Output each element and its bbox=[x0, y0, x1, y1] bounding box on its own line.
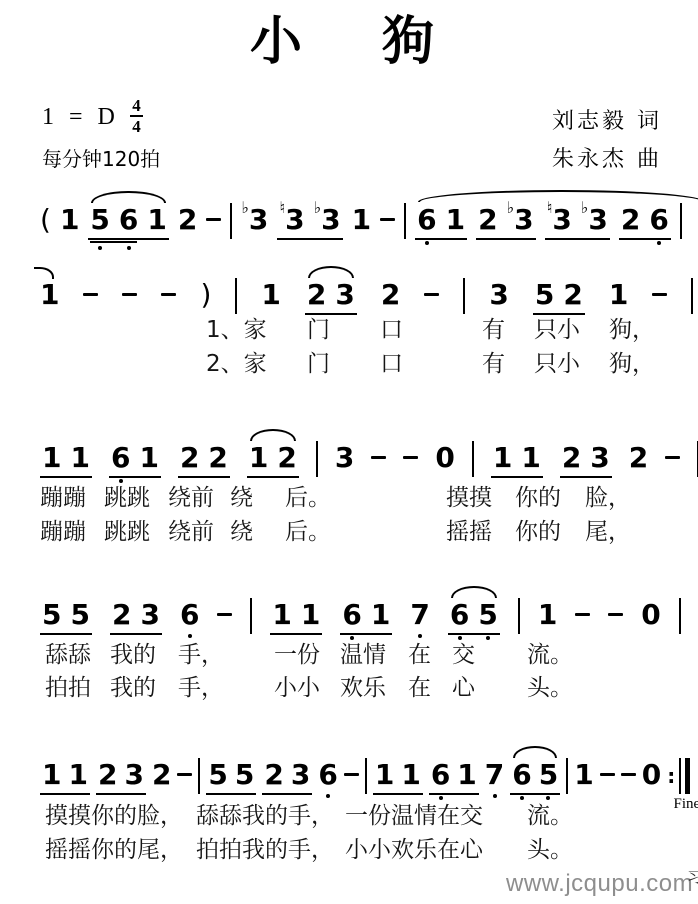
low-octave-dot bbox=[98, 246, 102, 250]
note-digit: 3 bbox=[140, 600, 159, 630]
beamed-note-group: 55 bbox=[40, 600, 92, 635]
note: 1 bbox=[457, 760, 476, 790]
lyrics-segment: 舔舔我的手， bbox=[196, 804, 334, 829]
barline bbox=[518, 598, 520, 634]
note-digit: 6 bbox=[417, 205, 436, 235]
lyrics-segment: 我的 bbox=[110, 643, 156, 668]
note: 6 bbox=[417, 205, 436, 235]
music-line: 1)12323521 bbox=[40, 280, 693, 315]
barline bbox=[472, 441, 474, 477]
note-digit: 2 bbox=[98, 760, 117, 790]
note: 6 bbox=[450, 600, 469, 630]
beamed-note-group: 61 bbox=[415, 205, 467, 240]
beamed-note-group: 23 bbox=[560, 443, 612, 478]
lyrics-segment: 心 bbox=[452, 676, 475, 701]
beamed-note-group: 61 bbox=[109, 443, 161, 478]
fine-label: Fine bbox=[674, 797, 698, 812]
note: 6 bbox=[342, 600, 361, 630]
note: 1 bbox=[446, 205, 465, 235]
note-digit: 2 bbox=[562, 443, 581, 473]
note-digit: 1 bbox=[493, 443, 512, 473]
note: ♮3 bbox=[547, 205, 572, 235]
note: 2 bbox=[112, 600, 131, 630]
end-repeat-barline: :Fine bbox=[667, 758, 690, 794]
barline bbox=[691, 278, 693, 314]
note: 2 bbox=[264, 760, 283, 790]
barline bbox=[463, 278, 465, 314]
lyrics-segment: 绕前 bbox=[168, 520, 214, 545]
lyrics-segment: 摸摸 bbox=[446, 486, 492, 511]
composer-credit: 朱永杰 曲 bbox=[552, 142, 662, 173]
note: 2 bbox=[563, 280, 582, 310]
note: 1 bbox=[371, 600, 390, 630]
note: 2 bbox=[178, 205, 197, 235]
note: 2 bbox=[629, 443, 648, 473]
note-digit: 2 bbox=[180, 443, 199, 473]
note: 1 bbox=[70, 443, 89, 473]
note: 2 bbox=[277, 443, 296, 473]
beamed-note-group: 561 bbox=[88, 205, 168, 240]
lyrics-segment: 后。 bbox=[285, 520, 331, 545]
note-digit: 1 bbox=[40, 280, 59, 310]
note-digit: 1 bbox=[371, 600, 390, 630]
lyrics-segment: 我的 bbox=[110, 676, 156, 701]
low-octave-dot bbox=[350, 636, 354, 640]
beamed-note-group: 11 bbox=[40, 760, 90, 795]
note-digit: 1 bbox=[457, 760, 476, 790]
lyrics-segment: 狗， bbox=[609, 318, 655, 343]
lyrics-segment: 有 bbox=[482, 352, 505, 377]
rest-note: 0 bbox=[641, 600, 660, 630]
duration-dash bbox=[380, 205, 395, 235]
note: 3 bbox=[335, 280, 354, 310]
lyrics-segment: 口 bbox=[380, 352, 403, 377]
note-digit: 1 bbox=[42, 443, 61, 473]
note-digit: 1 bbox=[521, 443, 540, 473]
note: 1 bbox=[261, 280, 280, 310]
note: 2 bbox=[478, 205, 497, 235]
lyrics-segment: 门 bbox=[307, 352, 330, 377]
note: 1 bbox=[42, 760, 61, 790]
flat-icon: ♭ bbox=[241, 200, 249, 216]
duration-dash bbox=[161, 280, 176, 310]
note: 2 bbox=[307, 280, 326, 310]
lyrics-segment: 头。 bbox=[527, 838, 573, 863]
note: 5 bbox=[42, 600, 61, 630]
barline bbox=[250, 598, 252, 634]
duration-dash bbox=[344, 760, 359, 790]
note-digit: 1 bbox=[352, 205, 371, 235]
duration-dash bbox=[122, 280, 137, 310]
note-digit: 6 bbox=[318, 760, 337, 790]
note: 5 bbox=[70, 600, 89, 630]
note-digit: 1 bbox=[574, 760, 593, 790]
note-digit: 1 bbox=[147, 205, 166, 235]
lyrics-segment: 有 bbox=[482, 318, 505, 343]
note: 1 bbox=[574, 760, 593, 790]
note-digit: 3 bbox=[590, 443, 609, 473]
low-octave-dot bbox=[418, 634, 422, 638]
close-paren: ) bbox=[200, 280, 211, 310]
lyrics-segment: 一份 bbox=[274, 643, 320, 668]
note-digit: 3 bbox=[552, 205, 571, 235]
lyrics-segment: 口 bbox=[380, 318, 403, 343]
note-digit: 0 bbox=[435, 443, 454, 473]
note-digit: 3 bbox=[291, 760, 310, 790]
double-underline bbox=[90, 241, 137, 243]
time-signature-numerator: 4 bbox=[132, 97, 141, 114]
note-digit: 3 bbox=[249, 205, 268, 235]
note: 1 bbox=[272, 600, 291, 630]
slur-arc bbox=[91, 191, 165, 203]
note: 1 bbox=[68, 760, 87, 790]
note: 1 bbox=[609, 280, 628, 310]
lyrics-segment: 绕 bbox=[230, 520, 253, 545]
beamed-note-group: 23 bbox=[305, 280, 357, 315]
lyrics-segment: 跳跳 bbox=[104, 520, 150, 545]
note: 6 bbox=[512, 760, 531, 790]
repeat-dots: : bbox=[667, 758, 675, 794]
note-digit: 1 bbox=[446, 205, 465, 235]
lyrics-segment: 交 bbox=[452, 643, 475, 668]
lyrics-segment: 在 bbox=[408, 676, 431, 701]
note: 5 bbox=[90, 205, 109, 235]
duration-dash bbox=[608, 600, 623, 630]
note-digit: 5 bbox=[235, 760, 254, 790]
lyrics-segment: 摸摸你的脸， bbox=[45, 804, 183, 829]
slur-arc bbox=[250, 429, 296, 441]
lyrics-segment: 小小 bbox=[274, 676, 320, 701]
note: 5 bbox=[235, 760, 254, 790]
beamed-note-group: 22 bbox=[178, 443, 230, 478]
beamed-note-group: 2♭3 bbox=[476, 205, 536, 240]
note: 1 bbox=[521, 443, 540, 473]
barline bbox=[230, 203, 232, 239]
note-digit: 2 bbox=[381, 280, 400, 310]
beamed-note-group: 65 bbox=[510, 760, 560, 795]
barline bbox=[679, 598, 681, 634]
natural-icon: ♮ bbox=[547, 200, 553, 216]
lyrics-segment: 流。 bbox=[527, 804, 573, 829]
note: 2 bbox=[98, 760, 117, 790]
low-octave-dot bbox=[188, 634, 192, 638]
note: 1 bbox=[60, 205, 79, 235]
duration-dash bbox=[371, 443, 386, 473]
flat-icon: ♭ bbox=[581, 200, 589, 216]
note-digit: 1 bbox=[60, 205, 79, 235]
slur-arc bbox=[418, 190, 698, 202]
note-digit: 5 bbox=[208, 760, 227, 790]
lyrics-segment: 尾， bbox=[585, 520, 631, 545]
note-digit: 3 bbox=[321, 205, 340, 235]
note-digit: 1 bbox=[68, 760, 87, 790]
note-digit: 5 bbox=[42, 600, 61, 630]
note-digit: 2 bbox=[178, 205, 197, 235]
note-digit: 5 bbox=[90, 205, 109, 235]
low-octave-dot bbox=[127, 246, 131, 250]
note-digit: 6 bbox=[431, 760, 450, 790]
note: 6 bbox=[180, 600, 199, 630]
note-digit: 2 bbox=[478, 205, 497, 235]
duration-dash bbox=[665, 443, 680, 473]
natural-icon: ♮ bbox=[279, 200, 285, 216]
beamed-note-group: ♮3♭3 bbox=[277, 205, 342, 240]
note: 6 bbox=[111, 443, 130, 473]
duration-dash bbox=[403, 443, 418, 473]
slur-group: 65 bbox=[510, 760, 560, 795]
music-line: 116122123011232 bbox=[40, 443, 698, 478]
music-line: (15612♭3♮3♭31612♭3♮3♭326 bbox=[40, 205, 682, 240]
note-digit: 6 bbox=[119, 205, 138, 235]
note-digit: 2 bbox=[307, 280, 326, 310]
note: 6 bbox=[318, 760, 337, 790]
note: 7 bbox=[485, 760, 504, 790]
note-digit: 2 bbox=[621, 205, 640, 235]
beamed-note-group: 55 bbox=[206, 760, 256, 795]
flat-icon: ♭ bbox=[314, 200, 322, 216]
note: 5 bbox=[208, 760, 227, 790]
note: 2 bbox=[381, 280, 400, 310]
note: ♭3 bbox=[581, 205, 608, 235]
lyrics-segment: 1、家 bbox=[206, 318, 267, 343]
note-digit: 6 bbox=[111, 443, 130, 473]
sheet-music-page: 小 狗 1 = D 4 4 每分钟120拍 刘志毅 词 朱永杰 曲 (15612… bbox=[0, 0, 698, 904]
lyrics-segment: 在 bbox=[408, 643, 431, 668]
note: 1 bbox=[375, 760, 394, 790]
note: 5 bbox=[535, 280, 554, 310]
slur-arc bbox=[513, 746, 557, 758]
note-digit: 3 bbox=[335, 443, 354, 473]
duration-dash bbox=[424, 280, 439, 310]
note-digit: 2 bbox=[563, 280, 582, 310]
note-digit: 3 bbox=[514, 205, 533, 235]
beamed-note-group: 65 bbox=[448, 600, 500, 635]
note-digit: 7 bbox=[485, 760, 504, 790]
note-digit: 6 bbox=[180, 600, 199, 630]
note: 2 bbox=[621, 205, 640, 235]
slur-group: 561 bbox=[88, 205, 168, 240]
lyrics-segment: 温情 bbox=[340, 643, 386, 668]
note: 6 bbox=[119, 205, 138, 235]
low-octave-dot bbox=[458, 636, 462, 640]
lyrics-segment: 拍拍 bbox=[45, 676, 91, 701]
slur-group: 612♭3♮3♭326 bbox=[415, 205, 671, 240]
duration-dash bbox=[600, 760, 615, 790]
note-digit: 5 bbox=[539, 760, 558, 790]
flat-icon: ♭ bbox=[507, 200, 515, 216]
low-octave-dot bbox=[657, 241, 661, 245]
lyrics-segment: 摇摇 bbox=[446, 520, 492, 545]
note: ♮3 bbox=[279, 205, 304, 235]
note: 3 bbox=[140, 600, 159, 630]
duration-dash bbox=[575, 600, 590, 630]
lyrics-segment: 蹦蹦 bbox=[40, 520, 86, 545]
lyrics-segment: 只小 bbox=[534, 318, 580, 343]
note: ♭3 bbox=[507, 205, 534, 235]
note-digit: 3 bbox=[335, 280, 354, 310]
note: 1 bbox=[147, 205, 166, 235]
beamed-note-group: 26 bbox=[619, 205, 671, 240]
barline bbox=[566, 758, 568, 794]
note: 6 bbox=[649, 205, 668, 235]
note: 7 bbox=[410, 600, 429, 630]
lyricist-credit: 刘志毅 词 bbox=[552, 104, 662, 135]
note: 3 bbox=[335, 443, 354, 473]
note-digit: 1 bbox=[70, 443, 89, 473]
note: 1 bbox=[139, 443, 158, 473]
barline bbox=[198, 758, 200, 794]
lyrics-segment: 手， bbox=[178, 676, 224, 701]
note-digit: 3 bbox=[588, 205, 607, 235]
lyrics-segment: 摇摇你的尾， bbox=[45, 838, 183, 863]
note-digit: 0 bbox=[641, 600, 660, 630]
lyrics-segment: 绕前 bbox=[168, 486, 214, 511]
note-digit: 7 bbox=[410, 600, 429, 630]
lyrics-segment: 绕 bbox=[230, 486, 253, 511]
lyrics-segment: 小小欢乐在心 bbox=[345, 838, 483, 863]
barline bbox=[680, 203, 682, 239]
beamed-note-group: 11 bbox=[373, 760, 423, 795]
note: 1 bbox=[401, 760, 420, 790]
note-digit: 5 bbox=[478, 600, 497, 630]
barline bbox=[404, 203, 406, 239]
note: 3 bbox=[124, 760, 143, 790]
note-digit: 1 bbox=[301, 600, 320, 630]
time-signature: 4 4 bbox=[130, 97, 143, 135]
note: 1 bbox=[301, 600, 320, 630]
key-signature: 1 = D bbox=[42, 104, 117, 131]
beamed-note-group: 61 bbox=[340, 600, 392, 635]
duration-dash bbox=[177, 760, 192, 790]
lyrics-segment: 流。 bbox=[527, 643, 573, 668]
low-octave-dot bbox=[546, 796, 550, 800]
slur-group: 1 bbox=[40, 280, 59, 310]
note: 3 bbox=[590, 443, 609, 473]
beamed-note-group: 12 bbox=[247, 443, 299, 478]
note-digit: 1 bbox=[139, 443, 158, 473]
note-digit: 2 bbox=[277, 443, 296, 473]
duration-dash bbox=[206, 205, 221, 235]
note: 2 bbox=[562, 443, 581, 473]
note: 5 bbox=[478, 600, 497, 630]
duration-dash bbox=[83, 280, 98, 310]
low-octave-dot bbox=[326, 794, 330, 798]
low-octave-dot bbox=[493, 794, 497, 798]
note-digit: 6 bbox=[342, 600, 361, 630]
note-digit: 3 bbox=[124, 760, 143, 790]
beamed-note-group: 52 bbox=[533, 280, 585, 315]
lyrics-segment: 一份温情在交 bbox=[345, 804, 483, 829]
note-digit: 1 bbox=[272, 600, 291, 630]
note-digit: 6 bbox=[450, 600, 469, 630]
low-octave-dot bbox=[425, 241, 429, 245]
note: 6 bbox=[431, 760, 450, 790]
note-digit: 1 bbox=[609, 280, 628, 310]
note-digit: 2 bbox=[629, 443, 648, 473]
barline bbox=[235, 278, 237, 314]
note-digit: 6 bbox=[649, 205, 668, 235]
note: 3 bbox=[291, 760, 310, 790]
lyrics-segment: 2、家 bbox=[206, 352, 267, 377]
lyrics-segment: 蹦蹦 bbox=[40, 486, 86, 511]
note: 1 bbox=[40, 280, 59, 310]
beamed-note-group: 23 bbox=[262, 760, 312, 795]
note: 1 bbox=[538, 600, 557, 630]
beamed-note-group: 11 bbox=[40, 443, 92, 478]
lyrics-segment: 你的 bbox=[515, 520, 561, 545]
note-digit: 5 bbox=[535, 280, 554, 310]
open-paren: ( bbox=[40, 205, 51, 235]
music-line: 55236116176510 bbox=[40, 600, 681, 635]
note-digit: 0 bbox=[642, 760, 661, 790]
note-digit: 2 bbox=[208, 443, 227, 473]
lyrics-segment: 欢乐 bbox=[340, 676, 386, 701]
lyrics-segment: 脸， bbox=[585, 486, 631, 511]
low-octave-dot bbox=[486, 636, 490, 640]
slur-arc bbox=[308, 266, 354, 278]
low-octave-dot bbox=[439, 796, 443, 800]
lyrics-segment: 手， bbox=[178, 643, 224, 668]
note-digit: 1 bbox=[261, 280, 280, 310]
note-digit: 1 bbox=[42, 760, 61, 790]
music-line: 1123255236116176510:Fine bbox=[40, 760, 690, 795]
barline bbox=[365, 758, 367, 794]
slur-group: 23 bbox=[305, 280, 357, 315]
note-digit: 6 bbox=[512, 760, 531, 790]
slur-group: 12 bbox=[247, 443, 299, 478]
beamed-note-group: ♮3♭3 bbox=[545, 205, 610, 240]
note: 1 bbox=[42, 443, 61, 473]
note-digit: 3 bbox=[285, 205, 304, 235]
note-digit: 2 bbox=[152, 760, 171, 790]
tempo-marking: 每分钟120拍 bbox=[42, 143, 160, 172]
note: 5 bbox=[539, 760, 558, 790]
rest-note: 0 bbox=[642, 760, 661, 790]
note-digit: 3 bbox=[489, 280, 508, 310]
beamed-note-group: 23 bbox=[96, 760, 146, 795]
note-digit: 5 bbox=[70, 600, 89, 630]
watermark-url: www.jcqupu.com bbox=[506, 870, 693, 898]
lyrics-segment: 门 bbox=[307, 318, 330, 343]
lyrics-segment: 你的 bbox=[515, 486, 561, 511]
note-digit: 1 bbox=[249, 443, 268, 473]
thin-barline bbox=[679, 758, 681, 794]
slur-group: 65 bbox=[448, 600, 500, 635]
duration-dash bbox=[652, 280, 667, 310]
lyrics-segment: 后。 bbox=[285, 486, 331, 511]
beamed-note-group: 61 bbox=[429, 760, 479, 795]
note-digit: 2 bbox=[112, 600, 131, 630]
lyrics-segment: 狗， bbox=[609, 352, 655, 377]
beamed-note-group: 11 bbox=[491, 443, 543, 478]
song-title: 小 狗 bbox=[0, 14, 698, 71]
note: ♭3 bbox=[314, 205, 341, 235]
low-octave-dot bbox=[119, 479, 123, 483]
beamed-note-group: 11 bbox=[270, 600, 322, 635]
note-digit: 1 bbox=[401, 760, 420, 790]
note: 1 bbox=[249, 443, 268, 473]
slur-arc bbox=[34, 267, 54, 279]
lyrics-segment: 头。 bbox=[527, 676, 573, 701]
note: 2 bbox=[180, 443, 199, 473]
note-digit: 1 bbox=[375, 760, 394, 790]
note: ♭3 bbox=[241, 205, 268, 235]
beamed-note-group: 23 bbox=[110, 600, 162, 635]
note: 2 bbox=[152, 760, 171, 790]
note-digit: 1 bbox=[538, 600, 557, 630]
note: 3 bbox=[489, 280, 508, 310]
lyrics-segment: 只小 bbox=[534, 352, 580, 377]
